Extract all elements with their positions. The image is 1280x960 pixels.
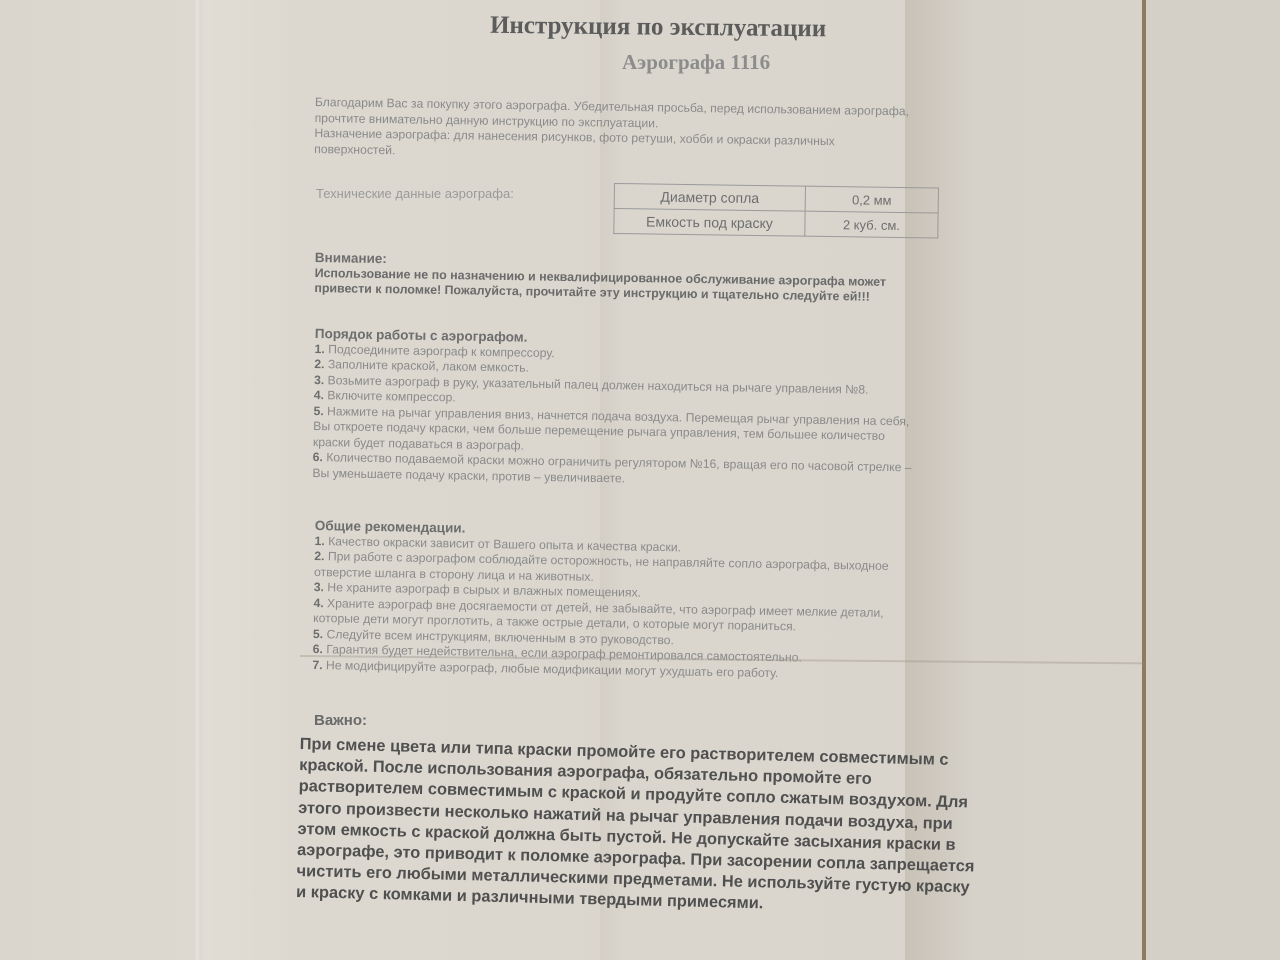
document-photo: Инструкция по эксплуатации Аэрографа 111…: [0, 0, 1280, 960]
item-text: Заполните краской, лаком емкость.: [324, 357, 529, 375]
item-number: 4.: [313, 595, 323, 609]
item-number: 2.: [314, 357, 324, 371]
table-row: Емкость под краску 2 куб. см.: [614, 209, 938, 239]
spec-name: Диаметр сопла: [614, 184, 805, 212]
spec-name: Емкость под краску: [614, 209, 805, 237]
document-title: Инструкция по эксплуатации: [490, 12, 910, 44]
background-paper: [1146, 0, 1280, 960]
item-number: 5.: [313, 626, 323, 640]
spec-value: 2 куб. см.: [805, 211, 938, 238]
item-text: Включите компрессор.: [324, 388, 456, 404]
item-text: краски будет подаваться в аэрограф.: [313, 434, 524, 452]
intro-paragraph: Благодарим Вас за покупку этого аэрограф…: [314, 95, 909, 166]
item-number: 3.: [314, 372, 324, 386]
document-subtitle: Аэрографа 1116: [622, 50, 770, 75]
item-number: 6.: [313, 450, 323, 464]
procedure-list: 1. Подсоедините аэрограф к компрессору.2…: [312, 341, 913, 491]
item-number: 1.: [314, 341, 324, 355]
item-number: 6.: [313, 642, 323, 656]
item-number: 4.: [314, 388, 324, 402]
spec-value: 0,2 мм: [805, 186, 938, 213]
item-number: 5.: [313, 403, 323, 417]
item-number: 1.: [314, 533, 324, 547]
general-list: 1. Качество окраски зависит от Вашего оп…: [312, 533, 889, 683]
procedure-section: Порядок работы с аэрографом. 1. Подсоеди…: [312, 326, 914, 491]
important-heading: Важно:: [314, 712, 367, 729]
tech-specs-label: Технические данные аэрографа:: [316, 186, 514, 201]
item-number: 2.: [314, 549, 324, 563]
item-number: 7.: [312, 657, 322, 671]
paper-fold: [196, 0, 202, 960]
item-number: 3.: [314, 580, 324, 594]
tech-specs-table: Диаметр сопла 0,2 мм Емкость под краску …: [613, 183, 939, 239]
general-section: Общие рекомендации. 1. Качество окраски …: [312, 518, 889, 683]
attention-section: Внимание: Использование не по назначению…: [314, 250, 886, 305]
important-paragraph: При смене цвета или типа краски промойте…: [296, 734, 977, 920]
